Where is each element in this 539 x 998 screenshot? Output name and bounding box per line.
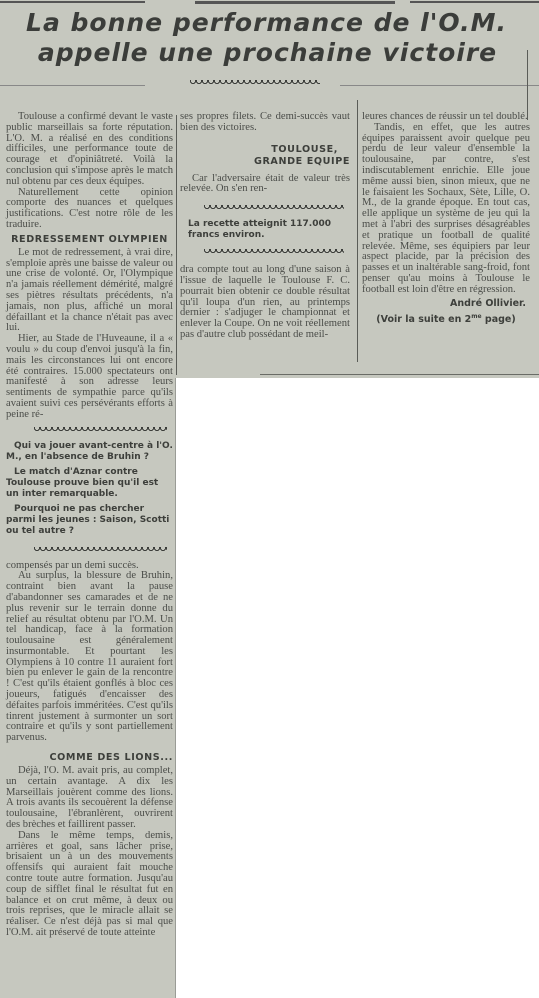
paragraph: dra compte tout au long d'une saison à l… bbox=[180, 265, 350, 341]
top-rule-left bbox=[0, 1, 145, 3]
continued-sup: me bbox=[471, 313, 481, 320]
top-rule-right bbox=[410, 1, 539, 3]
continued-notice: (Voir la suite en 2me page) bbox=[362, 312, 530, 326]
box-recette-text: La recette atteignit 117.000 francs envi… bbox=[188, 219, 350, 241]
paragraph: Naturellement cette opinion comporte des… bbox=[6, 188, 173, 231]
paragraph: Car l'adversaire était de valeur très re… bbox=[180, 174, 350, 196]
column-2: ses propres filets. Ce demi-succès vaut … bbox=[180, 112, 350, 341]
clipping-edge bbox=[175, 378, 176, 998]
column-rule-1 bbox=[176, 115, 177, 375]
wavy-divider bbox=[204, 205, 344, 213]
paragraph: Tandis, en effet, que les autres équipes… bbox=[362, 123, 530, 296]
author-signature: André Ollivier. bbox=[362, 299, 530, 310]
headline: La bonne performance de l'O.M. appelle u… bbox=[0, 8, 539, 68]
subhead-lions: COMME DES LIONS... bbox=[6, 752, 173, 764]
wavy-divider bbox=[34, 427, 167, 435]
column-3: leures chances de réussir un tel doublé.… bbox=[362, 112, 530, 326]
column-1: Toulouse a confirmé devant le vaste publ… bbox=[6, 112, 173, 939]
paragraph: Dans le même temps, demis, arrières et g… bbox=[6, 831, 173, 939]
wavy-divider bbox=[204, 249, 344, 257]
box-answer: Le match d'Aznar contre Toulouse prouve … bbox=[6, 467, 173, 500]
bottom-rule bbox=[260, 374, 539, 375]
paragraph: Toulouse a confirmé devant le vaste publ… bbox=[6, 112, 173, 188]
paragraph: Hier, au Stade de l'Huveaune, il a « vou… bbox=[6, 334, 173, 420]
column-rule-far-right bbox=[527, 50, 528, 120]
headline-line-2: appelle une prochaine victoire bbox=[0, 38, 539, 68]
paragraph: Déjà, l'O. M. avait pris, au complet, un… bbox=[6, 766, 173, 831]
column-rule-2 bbox=[357, 100, 358, 362]
subhead-toulouse-2: GRANDE EQUIPE bbox=[180, 156, 350, 168]
box-question: Qui va jouer avant-centre à l'O. M., en … bbox=[6, 441, 173, 463]
paragraph: Le mot de redressement, à vrai dire, s'e… bbox=[6, 248, 173, 334]
headline-line-1: La bonne performance de l'O.M. bbox=[0, 8, 539, 38]
box-recette: La recette atteignit 117.000 francs envi… bbox=[180, 219, 350, 241]
paragraph: ses propres filets. Ce demi-succès vaut … bbox=[180, 112, 350, 134]
headline-rule-right bbox=[340, 85, 539, 86]
paragraph: Au surplus, la blessure de Bruhin, contr… bbox=[6, 571, 173, 744]
subhead-redressement: REDRESSEMENT OLYMPIEN bbox=[6, 234, 173, 246]
top-rule-center bbox=[195, 1, 395, 4]
headline-rule-left bbox=[0, 85, 145, 86]
headline-wavy-divider bbox=[190, 80, 320, 88]
continued-suffix: page) bbox=[482, 315, 516, 326]
subhead-toulouse-1: TOULOUSE, bbox=[180, 144, 350, 156]
continued-prefix: (Voir la suite en 2 bbox=[376, 315, 471, 326]
wavy-divider bbox=[34, 547, 167, 555]
box-question-2: Pourquoi ne pas chercher parmi les jeune… bbox=[6, 504, 173, 537]
sidebar-box: Qui va jouer avant-centre à l'O. M., en … bbox=[6, 441, 173, 537]
